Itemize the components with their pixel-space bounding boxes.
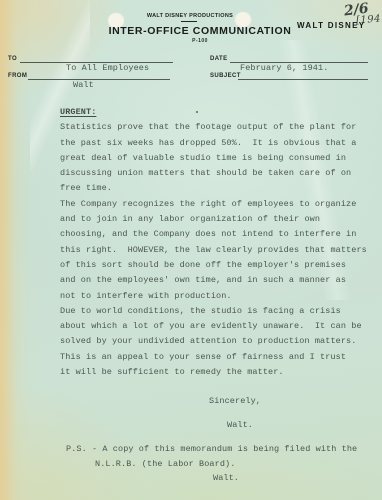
form-number: P-100 (105, 38, 295, 44)
walt-disney-stamp: WALT DISNEY (297, 21, 365, 30)
body-line: Due to world conditions, the studio is f… (60, 304, 368, 319)
document-title: INTER-OFFICE COMMUNICATION (105, 25, 295, 37)
body-line: great deal of valuable studio time is be… (60, 151, 368, 166)
body-line: and to join in any labor organization of… (60, 212, 368, 227)
body-line: This is an appeal to your sense of fairn… (60, 350, 368, 365)
to-label: To (8, 56, 17, 62)
body-line: the past six weeks has dropped 50%. It i… (60, 136, 368, 151)
body-line: choosing, and the Company does not inten… (60, 227, 368, 242)
from-label: From (8, 73, 27, 79)
body-line: free time. (60, 181, 368, 196)
signature: Walt. (227, 420, 253, 430)
subject-label: Subject (210, 73, 241, 79)
ps-signature: Walt. (213, 473, 239, 483)
closing: Sincerely, (209, 396, 261, 406)
memo-body: URGENT: Statistics prove that the footag… (60, 105, 368, 380)
to-value: To All Employees (66, 63, 149, 73)
company-name: WALT DISNEY PRODUCTIONS (105, 13, 275, 19)
body-line: and on the employees' own time, and in s… (60, 273, 368, 288)
date-label: Date (210, 56, 228, 62)
body-line: it will be sufficient to remedy the matt… (60, 365, 368, 380)
body-line: about which a lot of you are evidently u… (60, 319, 368, 334)
from-value: Walt (73, 80, 94, 90)
urgent-heading: URGENT: (60, 105, 368, 120)
memo-document: 2/6 [1941] WALT DISNEY WALT DISNEY PRODU… (0, 0, 382, 500)
body-line: of this sort should be done off the empl… (60, 258, 368, 273)
company-name-rule (181, 21, 197, 22)
ps-line: N.L.R.B. (the Labor Board). (95, 459, 235, 469)
body-line: solved by your undivided attention to pr… (60, 334, 368, 349)
body-line: discussing union matters that should be … (60, 166, 368, 181)
body-line: this right. HOWEVER, the law clearly pro… (60, 243, 368, 258)
from-line (28, 79, 170, 80)
body-line: The Company recognizes the right of empl… (60, 197, 368, 212)
body-line: Statistics prove that the footage output… (60, 120, 368, 135)
ps-line: P.S. - A copy of this memorandum is bein… (66, 444, 357, 454)
body-line: not to interfere with production. (60, 289, 368, 304)
date-value: February 6, 1941. (240, 63, 328, 73)
subject-line (238, 79, 368, 80)
